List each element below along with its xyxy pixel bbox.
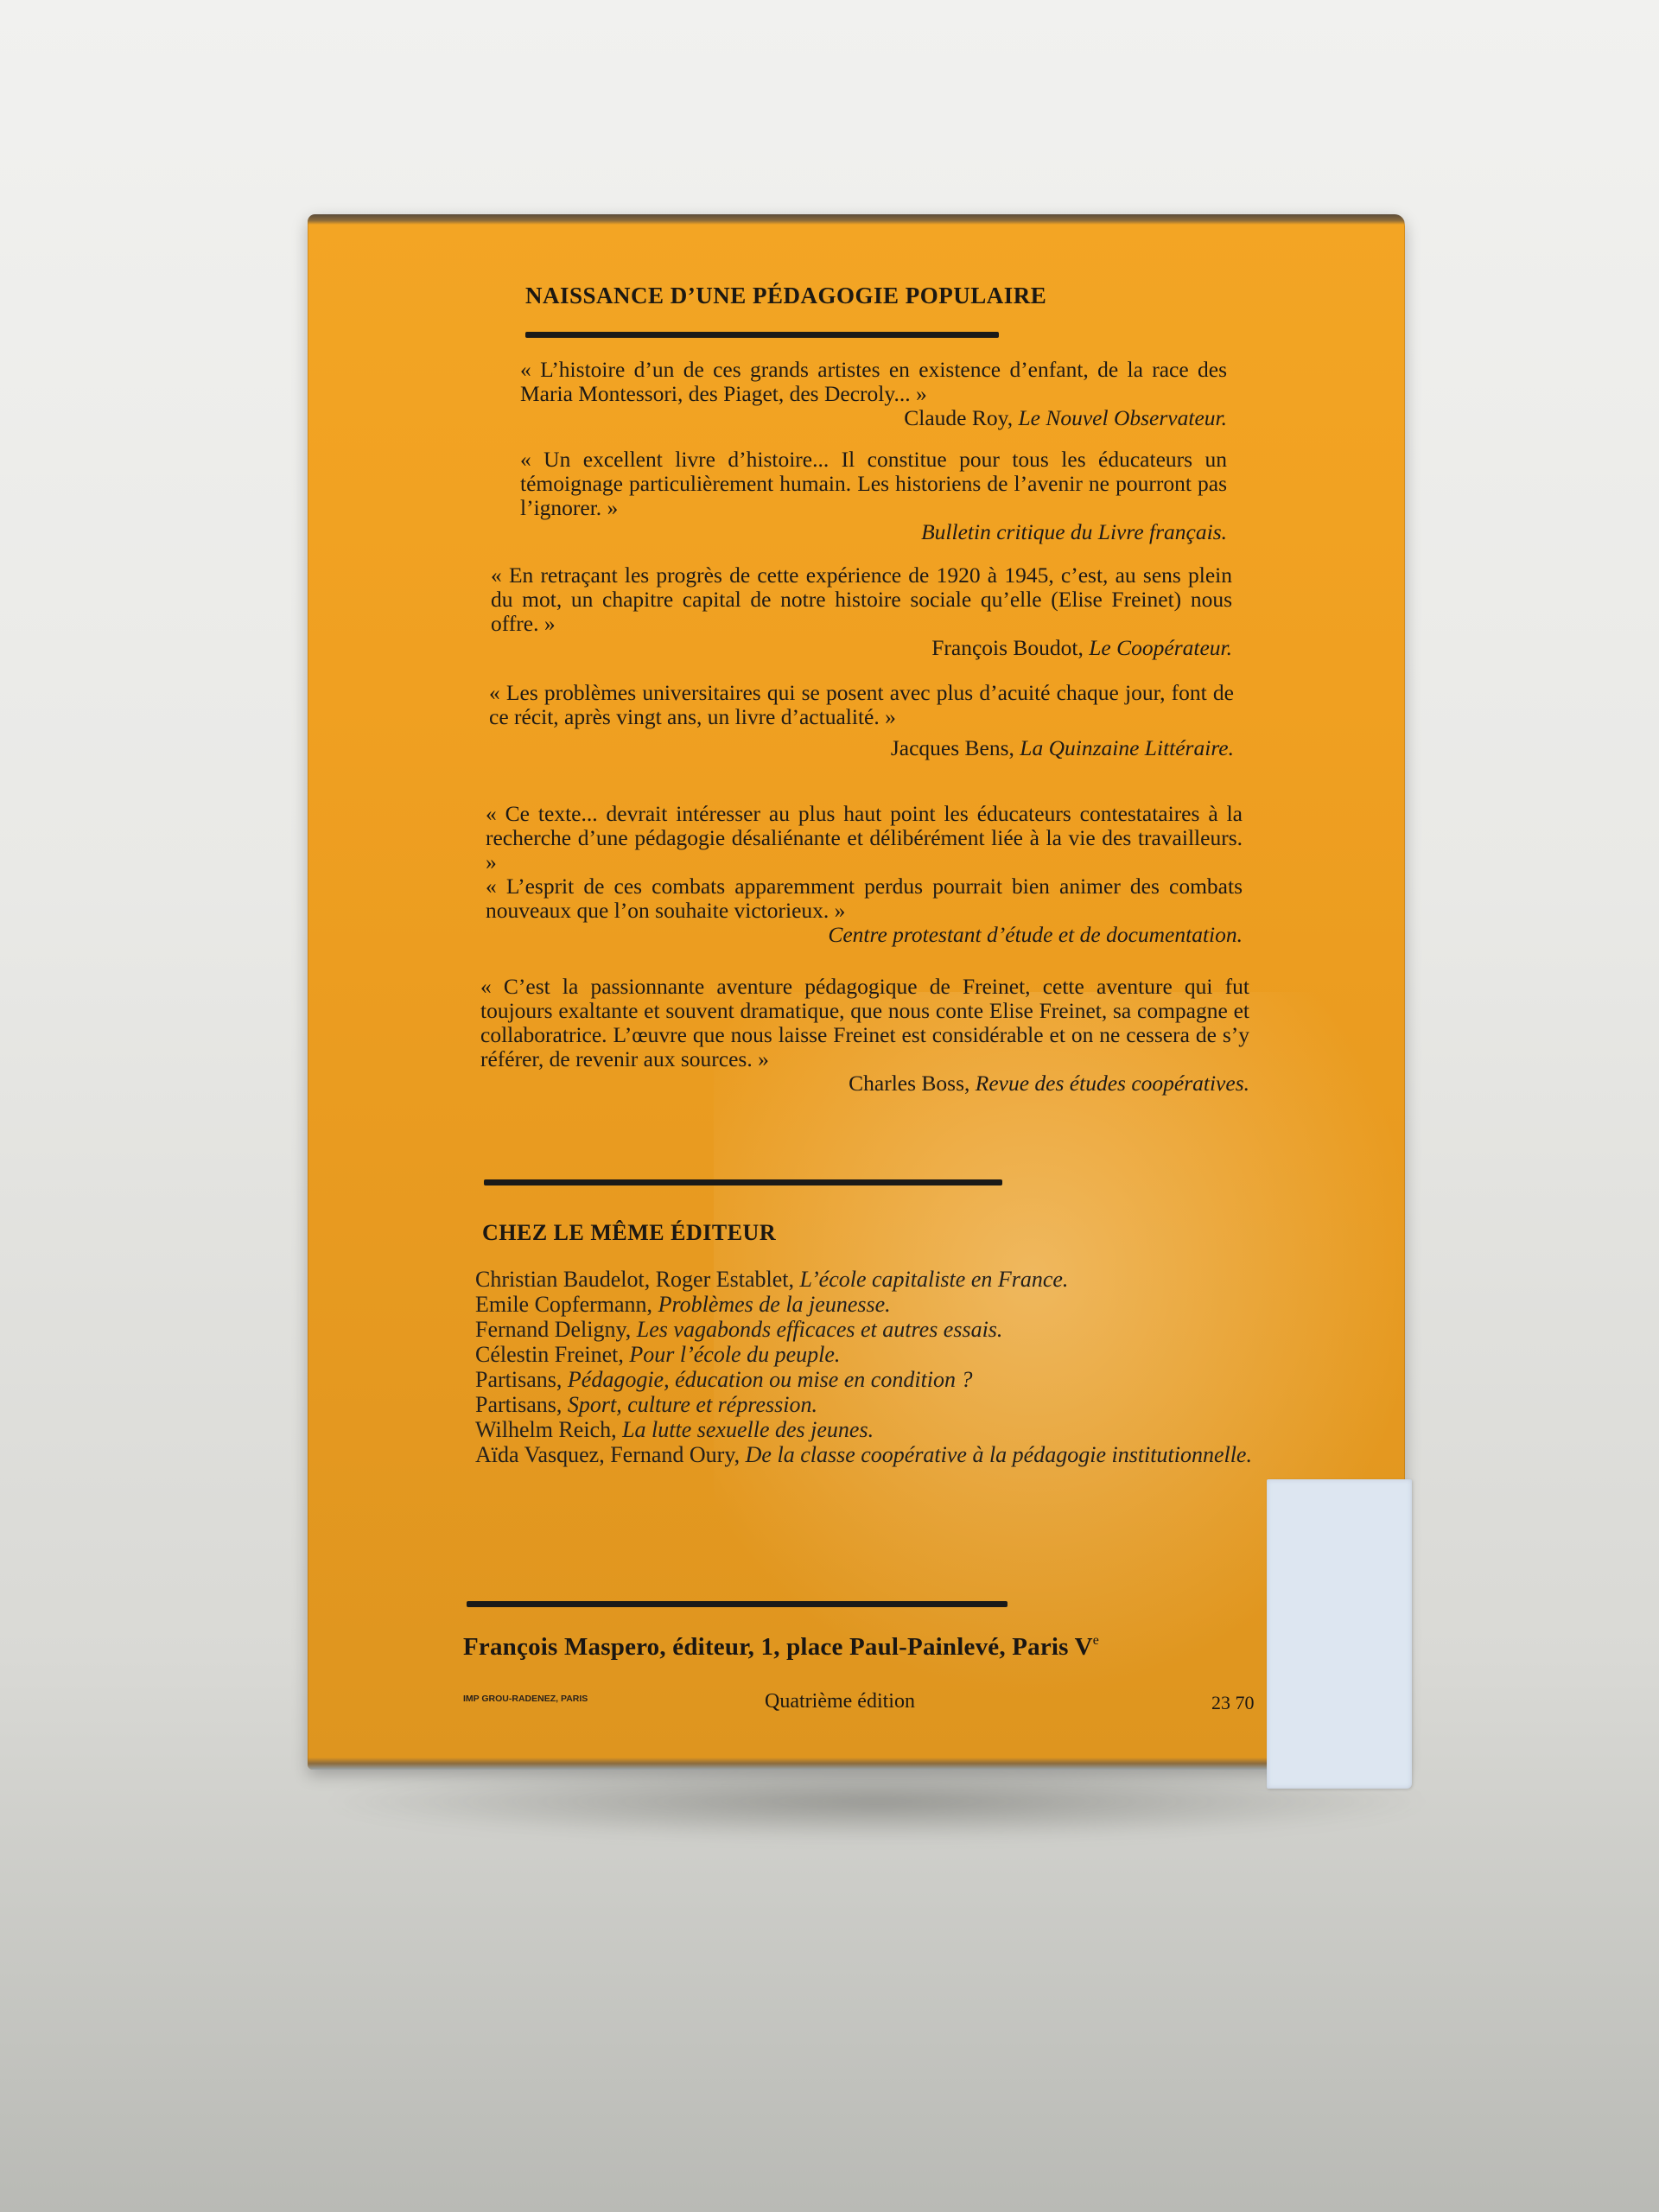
list-item: Wilhelm Reich, La lutte sexuelle des jeu… (475, 1417, 1263, 1442)
quote-text: « Un excellent livre d’histoire... Il co… (520, 448, 1227, 520)
list-item: Aïda Vasquez, Fernand Oury, De la classe… (475, 1442, 1263, 1467)
quote-source: Le Coopérateur. (1089, 635, 1232, 660)
quote-author: Charles Boss, (849, 1071, 969, 1096)
quote-source: Centre protestant d’étude et de document… (828, 922, 1243, 947)
review-quote-6: « C’est la passionnante aventure pédagog… (480, 975, 1249, 1096)
item-author: Aïda Vasquez, Fernand Oury, (475, 1442, 740, 1467)
list-item: Célestin Freinet, Pour l’école du peuple… (475, 1342, 1263, 1367)
quote-text: « En retraçant les progrès de cette expé… (491, 563, 1232, 636)
quote-author: François Boudot, (931, 635, 1084, 660)
publisher-superscript: e (1093, 1633, 1099, 1648)
review-quote-3: « En retraçant les progrès de cette expé… (491, 563, 1232, 660)
list-item: Christian Baudelot, Roger Establet, L’éc… (475, 1267, 1263, 1292)
review-quote-4: « Les problèmes universitaires qui se po… (489, 681, 1234, 760)
item-title: Sport, culture et répression. (568, 1392, 817, 1417)
quote-source: Bulletin critique du Livre français. (921, 519, 1227, 544)
printer-credit: IMP GROU-RADENEZ, PARIS (463, 1694, 588, 1704)
edition-label: Quatrième édition (765, 1690, 915, 1713)
book-title-heading: NAISSANCE D’UNE PÉDAGOGIE POPULAIRE (525, 283, 1046, 309)
quote-text-second: « L’esprit de ces combats apparemment pe… (486, 874, 1243, 923)
publisher-line: François Maspero, éditeur, 1, place Paul… (463, 1633, 1093, 1661)
quote-attribution: Centre protestant d’étude et de document… (486, 923, 1243, 947)
quote-source: Revue des études coopératives. (976, 1071, 1249, 1096)
item-author: Fernand Deligny, (475, 1317, 631, 1342)
cover-content: NAISSANCE D’UNE PÉDAGOGIE POPULAIRE « L’… (0, 0, 1659, 2212)
quote-text: « Ce texte... devrait intéresser au plus… (486, 802, 1243, 874)
item-author: Partisans, (475, 1367, 562, 1392)
quote-source: Le Nouvel Observateur. (1018, 405, 1227, 430)
quote-text: « L’histoire d’un de ces grands artistes… (520, 358, 1227, 406)
footer-rule (467, 1601, 1007, 1607)
quote-text: « C’est la passionnante aventure pédagog… (480, 975, 1249, 1071)
item-title: Problèmes de la jeunesse. (658, 1292, 891, 1317)
item-title: L’école capitaliste en France. (800, 1267, 1069, 1292)
catalog-code: 23 70 (1211, 1692, 1255, 1714)
quote-source: La Quinzaine Littéraire. (1020, 735, 1234, 760)
item-author: Wilhelm Reich, (475, 1417, 617, 1442)
item-author: Partisans, (475, 1392, 562, 1417)
title-rule (525, 332, 999, 338)
item-title: De la classe coopérative à la pédagogie … (746, 1442, 1252, 1467)
quote-attribution: Jacques Bens, La Quinzaine Littéraire. (489, 736, 1234, 760)
quote-author: Jacques Bens, (891, 735, 1014, 760)
quote-text: « Les problèmes universitaires qui se po… (489, 681, 1234, 729)
quote-attribution: Charles Boss, Revue des études coopérati… (480, 1071, 1249, 1096)
review-quote-1: « L’histoire d’un de ces grands artistes… (520, 358, 1227, 430)
item-author: Christian Baudelot, Roger Establet, (475, 1267, 794, 1292)
item-title: Les vagabonds efficaces et autres essais… (637, 1317, 1003, 1342)
same-publisher-list: Christian Baudelot, Roger Establet, L’éc… (475, 1267, 1263, 1467)
quote-attribution: Claude Roy, Le Nouvel Observateur. (520, 406, 1227, 430)
item-title: La lutte sexuelle des jeunes. (622, 1417, 874, 1442)
item-author: Célestin Freinet, (475, 1342, 624, 1367)
item-title: Pour l’école du peuple. (629, 1342, 840, 1367)
quote-attribution: Bulletin critique du Livre français. (520, 520, 1227, 544)
list-item: Partisans, Pédagogie, éducation ou mise … (475, 1367, 1263, 1392)
same-publisher-heading: CHEZ LE MÊME ÉDITEUR (482, 1220, 776, 1246)
publisher-address: François Maspero, éditeur, 1, place Paul… (463, 1633, 1099, 1662)
quote-author: Claude Roy, (904, 405, 1013, 430)
item-title: Pédagogie, éducation ou mise en conditio… (568, 1367, 973, 1392)
library-label-sticker (1267, 1479, 1412, 1789)
list-item: Partisans, Sport, culture et répression. (475, 1392, 1263, 1417)
list-item: Emile Copfermann, Problèmes de la jeunes… (475, 1292, 1263, 1317)
section-rule (484, 1179, 1002, 1185)
review-quote-5: « Ce texte... devrait intéresser au plus… (486, 802, 1243, 947)
quote-attribution: François Boudot, Le Coopérateur. (491, 636, 1232, 660)
item-author: Emile Copfermann, (475, 1292, 652, 1317)
review-quote-2: « Un excellent livre d’histoire... Il co… (520, 448, 1227, 544)
list-item: Fernand Deligny, Les vagabonds efficaces… (475, 1317, 1263, 1342)
